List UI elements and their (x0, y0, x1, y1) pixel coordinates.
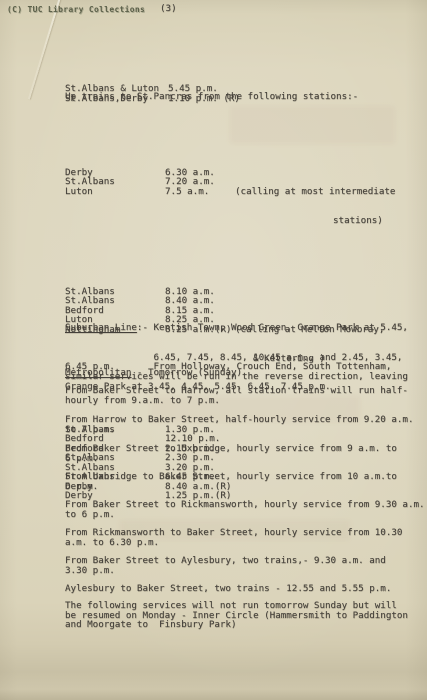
note-continuation: stations) (65, 216, 395, 226)
service-paragraph: Aylesbury to Baker Street, two trains - … (65, 584, 391, 594)
scanned-timetable-page: (C) TUC Library Collections (3) St.Alban… (0, 0, 427, 700)
metropolitan-heading-line: Metropolitan - Tomorrow (Sunday) (65, 368, 242, 378)
time-cell: 7.5 a.m. (165, 187, 235, 197)
suburban-heading: Suburban Line (65, 322, 137, 333)
paper-crease (28, 0, 62, 99)
metropolitan-heading-rest: - Tomorrow (Sunday) (131, 367, 242, 378)
suburban-heading-line: Suburban Line:- Kentish Town, Wood Green… (65, 323, 408, 333)
service-paragraph: From Baker Street to Uxbridge, hourly se… (65, 444, 397, 463)
service-paragraph: From Harrow to Baker Street, half-hourly… (65, 415, 413, 434)
note-cell: (calling at most intermediate (235, 186, 395, 197)
metropolitan-heading: Metropolitan (65, 367, 131, 378)
table-group-morning: Derby6.30 a.m.St.Albans7.20 a.m.Luton7.5… (65, 139, 395, 196)
up-trains-heading: Up trains to St.Pancras from the followi… (65, 92, 358, 102)
service-paragraph: The following services will not run tomo… (65, 601, 408, 630)
service-paragraph: From Rickmansworth to Baker Street, hour… (65, 528, 402, 547)
service-paragraph: From Baker Street to Aylesbury, two trai… (65, 556, 386, 575)
service-paragraph: From Uxbridge to Baker Street, hourly se… (65, 472, 397, 491)
library-watermark: (C) TUC Library Collections (7, 5, 145, 15)
suburban-heading-rest: :- Kentish Town, Wood Green, Grange Park… (137, 322, 408, 333)
station-cell: Luton (65, 187, 165, 197)
service-paragraph: From Baker Street to Harrow, all station… (65, 386, 408, 405)
page-number: (3) (160, 4, 177, 14)
timetable-row: Luton7.5 a.m.(calling at most intermedia… (65, 187, 395, 197)
service-paragraph: From Baker Street to Rickmansworth, hour… (65, 500, 425, 519)
